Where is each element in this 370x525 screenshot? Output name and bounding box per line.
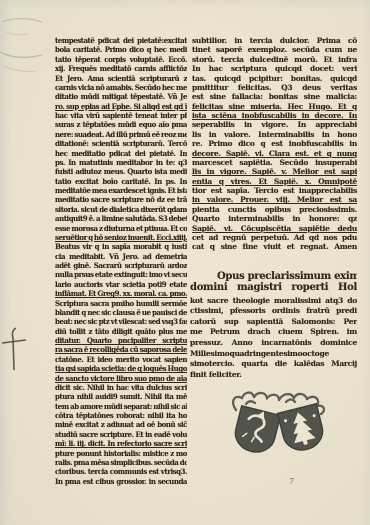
- text-line: mī: li. iij. dicit. In refectorio sacre …: [55, 439, 187, 448]
- text-line: entia q vires. Et Sapiē. x. Omnipotē: [192, 177, 357, 186]
- colophon-line: kot sacre theologie moralissimi atq3 do: [190, 296, 357, 307]
- text-line: subtilior. in tercia dulcior. Prima cō: [192, 36, 357, 45]
- text-line: cat q sine fine viuit et regnat. Amen: [192, 242, 357, 251]
- text-line: ralis. pma mēsa simplicibus. secūda do: [55, 458, 187, 467]
- text-line: re. Primo dico q est inobfuscabilis in: [192, 139, 357, 148]
- text-line: ptura nihil auidi9 sumit. Nihil ita mē: [55, 392, 187, 401]
- fir-tree-shield-icon: [278, 404, 327, 454]
- text-line: inflāmat. Et Greg9. xx. moral. ca. pmo.: [55, 289, 187, 298]
- text-line: meditatio sacre scripture nō dz ee trā: [55, 195, 187, 204]
- text-line: diū tollit z tāto diligit quāto plus me: [55, 327, 187, 336]
- colophon-line: me Petrum drach ciuem Spiren. im: [190, 327, 357, 338]
- text-line: dicit sic. Nihil in hac vita dulcius scr…: [55, 383, 187, 392]
- text-line: In pma est cibus grossior. in secunda: [55, 477, 187, 486]
- text-line: storū. tercia dulcedinē morū. Et infra: [192, 55, 357, 64]
- text-line: Beatus vir q in sapīa morabit q iusti: [55, 242, 187, 251]
- text-line: Sapiē. vi. Cōcupiscētia sapiētie dedu: [192, 224, 357, 233]
- left-text-column: tempestatē pdicat dei pietatē:excitatbol…: [55, 36, 187, 486]
- scanned-book-page: tempestatē pdicat dei pietatē:excitatbol…: [0, 0, 370, 525]
- text-line: carnis vicia nō amabis. Secūdo hec me: [55, 83, 187, 92]
- text-line: ra sacra ē recolligēda cū saporosa dele: [55, 345, 187, 354]
- colophon-line: pressuz. Anno incarnatōnis dominice: [190, 338, 357, 349]
- text-line: ditatio mūdi mitigat tēpestatē. Vñ Je: [55, 92, 187, 101]
- text-line: studiū sacre scripture. Et in eadē volu: [55, 430, 187, 439]
- colophon: Opus preclarissimum eximijdomini magistr…: [190, 271, 357, 380]
- printer-device: [222, 390, 336, 462]
- text-line: minē excitat z adiuuat ad oē bonū sič: [55, 420, 187, 429]
- text-line: tior est sapīa. Tercio est inappreciabil…: [192, 186, 357, 195]
- text-line: tem ab amore mūdi separat: nihil sic aīm: [55, 402, 187, 411]
- text-line: adēt ginē. Sacrarū scripturarū ardoz: [55, 261, 187, 270]
- text-line: nulla prsus etate extinguit: imo vt secu: [55, 270, 187, 279]
- text-line: cōtra tēptatōnes roborat: nihil ita ho: [55, 411, 187, 420]
- text-line: lis in valore. Interminabilis in hono: [192, 130, 357, 139]
- colophon-line: finit feliciter.: [190, 370, 357, 381]
- text-line: Et Jero. Ama scientiā scripturarū z: [55, 74, 187, 83]
- text-line: ditationē: scientiā scripturarū. Tercō: [55, 139, 187, 148]
- text-line: hec meditatio pdicat dei pietatē. In: [55, 149, 187, 158]
- text-line: pture ponunt historialis: mistice z mo: [55, 449, 187, 458]
- text-line: in valore. Prouer. viij. Melior est sa: [192, 195, 357, 204]
- colophon-line: catorū sup sapientiā Salomonis: Per: [190, 317, 357, 328]
- text-line: Quarto interminabilis in honore: qz: [192, 214, 357, 223]
- text-line: nere: suadeat. Ad illū primū eē reoz me: [55, 130, 187, 139]
- text-line: cia meditabit. Vñ Jero. ad demetria: [55, 252, 187, 261]
- colophon-body: kot sacre theologie moralissimi atq3 doc…: [190, 296, 357, 380]
- colophon-heading-line: domini magistri roperti Hol: [190, 282, 357, 293]
- text-line: pientia cunctis opibus preciosissimis.: [192, 205, 357, 214]
- text-line: In hac scriptura quicqd docet: veri: [192, 64, 357, 73]
- text-line: ps. In matutinis meditabor in te: q3: [55, 158, 187, 167]
- text-line: sitoria. sicut de dialetica dixerūt qdam: [55, 205, 187, 214]
- text-line: beat: nec sic ptz vt vilescat: sed vsq3 …: [55, 317, 187, 326]
- text-line: marcescet sapiētia. Secūdo insuperabi: [192, 158, 357, 167]
- text-line: pmittitur felicitas. Q3 deus veritas: [192, 83, 357, 92]
- text-line: ista sciēna inobfuscabilis in decore. In: [192, 111, 357, 120]
- text-line: xij. Frequēs meditatō carnis afflictōz: [55, 64, 187, 73]
- text-line: ro. sup epłas ad Ephe. Si aliqd est qd ī: [55, 102, 187, 111]
- text-line: ditatur. Quarto pncipaliter scriptu: [55, 336, 187, 345]
- text-line: fuisti adiutoz meus. Quarto ista medi: [55, 167, 187, 176]
- text-line: tinet saporē exemploz. secūda cum ne: [192, 45, 357, 54]
- colophon-line: ctissimi, pfessoris ordinis fratrū predi: [190, 306, 357, 317]
- text-line: hac vita virū sapientē teneat inter pf: [55, 111, 187, 120]
- text-line: felicitas sine miseria. Hec Hugo. Et q: [192, 102, 357, 111]
- text-line: esse morosa z diuturna et ptinua. Et co: [55, 224, 187, 233]
- text-line: tatio excitat boīo caritatē. In ps. In: [55, 177, 187, 186]
- text-line: seruētior q hō senioz inuenit. Eccī.xiii…: [55, 233, 187, 242]
- text-line: de sancto victore libro suo pmo de aīa: [55, 374, 187, 383]
- ink-mark: 7: [288, 477, 294, 487]
- text-line: Scriptura sacra pmiho humili sermōe: [55, 299, 187, 308]
- text-line: bola caritatē. Primo dico q hec medi: [55, 45, 187, 54]
- text-line: blandit q nec sic clausa ē ue pauisci de: [55, 308, 187, 317]
- text-line: seperabilis in vigore. In appreciabi: [192, 120, 357, 129]
- text-line: tatio tēperat corpis voluptatē. Eccō.: [55, 55, 187, 64]
- wyvern-shield-icon: [232, 406, 281, 456]
- text-line: lis in vigore. Sapiē. v. Melior est sapi: [192, 167, 357, 176]
- colophon-heading: Opus preclarissimum eximijdomini magistr…: [190, 271, 357, 294]
- text-line: est sine fallacia: bonitas sine malicia:: [192, 92, 357, 101]
- text-line: meditatōe mea exardescet ignis. Et ista: [55, 186, 187, 195]
- colophon-line: Millesimoquadringentesimooctoge: [190, 349, 357, 360]
- text-line: tempestatē pdicat dei pietatē:excitat: [55, 36, 187, 45]
- right-text-column: subtilior. in tercia dulcior. Prima cōti…: [192, 36, 357, 252]
- reader-cross-mark-icon: [0, 322, 30, 377]
- text-line: ctoribus. tercia communis est vtrisq3.: [55, 467, 187, 476]
- text-line: suras z tēptatōes mūdi equo aīo pma: [55, 120, 187, 129]
- text-line: decore. Sapiē. vi. Clara est. et q nunq: [192, 149, 357, 158]
- text-line: cet ad regnū perpetuū. Ad qd nos pdu: [192, 233, 357, 242]
- text-line: lario auctoris vtar scietia poti9 etate: [55, 280, 187, 289]
- colophon-line: simotercio. quarta die kalēdas Marcij: [190, 359, 357, 370]
- text-line: tia qsi sapida scietia: de q loquēs Hugo: [55, 364, 187, 373]
- text-line: ctatōne. Et ideo merito vocat sapien: [55, 355, 187, 364]
- colophon-heading-line: Opus preclarissimum eximij: [190, 271, 357, 282]
- text-line: antiquit9 ē. a limine salutāda. S3 debet: [55, 214, 187, 223]
- text-line: tas. quicqd pcipitur: bonitas. quicqd: [192, 74, 357, 83]
